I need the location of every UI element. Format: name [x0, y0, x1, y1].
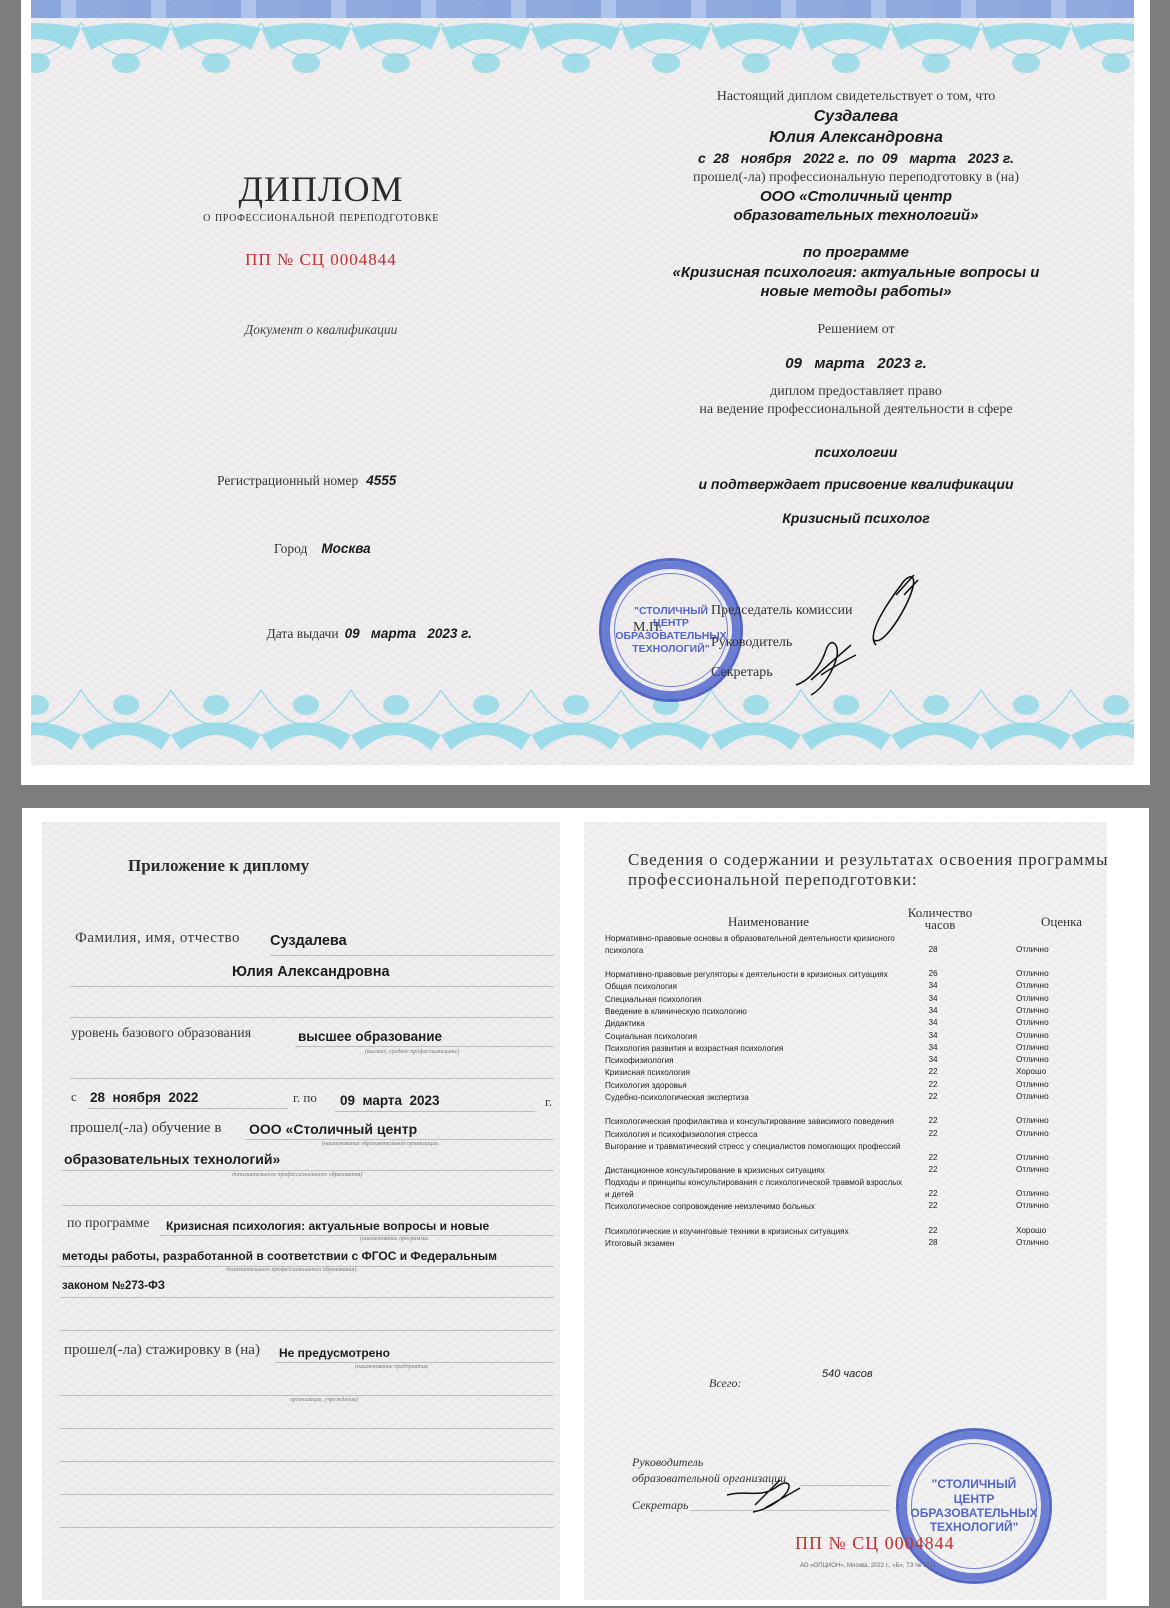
base-education-value: высшее образование	[298, 1029, 442, 1044]
issue-date-value: 09 марта 2023 г.	[345, 626, 472, 641]
appendix-organization-stamp: "СТОЛИЧНЫЙЦЕНТРОБРАЗОВАТЕЛЬНЫХТЕХНОЛОГИЙ…	[896, 1428, 1052, 1584]
document-kind: Документ о квалификации	[81, 322, 561, 338]
table-row: Психология и психофизиология стресса22От…	[605, 1129, 1075, 1141]
diploma-number: ПП № СЦ 0004844	[81, 250, 561, 270]
head-signature-icon	[791, 625, 871, 700]
table-row: Психологическая профилактика и консульти…	[605, 1116, 1075, 1128]
subject-name: Психологическое сопровождение неизлечимо…	[605, 1201, 905, 1213]
bottom-guilloche-border	[31, 680, 1134, 760]
subject-name: Дистанционное консультирование в кризисн…	[605, 1165, 905, 1177]
program-underline-3	[60, 1297, 554, 1298]
study-period: с 28 ноября 2022 г. по 09 марта 2023 г.	[646, 150, 1066, 166]
org-caption-2: дополнительного профессионального образо…	[232, 1172, 362, 1178]
subject-grade: Отлично	[1016, 1055, 1066, 1064]
internship-underline-2	[60, 1395, 554, 1396]
head-label: Руководитель	[711, 635, 792, 651]
subject-hours: 22	[923, 1080, 943, 1089]
results-secretary-label: Секретарь	[632, 1498, 688, 1513]
subject-hours: 22	[923, 1226, 943, 1235]
from-label: с	[71, 1089, 77, 1105]
subject-grade: Отлично	[1016, 1043, 1066, 1052]
program-line-1: «Кризисная психология: актуальные вопрос…	[646, 264, 1066, 281]
column-header-name: Наименование	[728, 914, 809, 930]
org-underline-2	[62, 1170, 554, 1171]
subject-hours: 22	[923, 1165, 943, 1174]
subject-grade: Отлично	[1016, 1031, 1066, 1040]
subject-name: Психологические и коучинговые техники в …	[605, 1226, 905, 1238]
program-caption-2: дополнительного профессионального образо…	[226, 1267, 356, 1273]
decision-label: Решением от	[646, 322, 1066, 338]
base-education-label: уровень базового образования	[71, 1026, 251, 1042]
subject-hours: 22	[923, 1189, 943, 1198]
appendix-program-line-2: методы работы, разработанной в соответст…	[62, 1249, 497, 1263]
subject-name: Психология развития и возрастная психоло…	[605, 1043, 905, 1055]
table-row: Судебно-психологическая экспертиза22Отли…	[605, 1092, 1075, 1104]
table-row: Психология развития и возрастная психоло…	[605, 1043, 1075, 1055]
subject-name: Введение в клиническую психологию	[605, 1006, 905, 1018]
city-field: ГородМосква	[274, 541, 371, 557]
subject-grade: Отлично	[1016, 1165, 1066, 1174]
blank-underline-8	[60, 1527, 554, 1528]
registration-number-value: 4555	[366, 473, 396, 488]
internship-label: прошел(-ла) стажировку в (на)	[64, 1342, 260, 1359]
subject-grade: Отлично	[1016, 969, 1066, 978]
subject-grade: Отлично	[1016, 994, 1066, 1003]
stamp-text-line: ЦЕНТР	[910, 1492, 1037, 1506]
program-label: по программе	[646, 244, 1066, 261]
base-education-caption: (высшее, среднее профессиональное)	[365, 1049, 459, 1055]
table-row: Дидактика34Отлично	[605, 1018, 1075, 1030]
from-underline	[88, 1108, 288, 1109]
subject-name: Выгорание и травматический стресс у спец…	[605, 1141, 905, 1153]
results-heading-line-2: профессиональной переподготовки:	[628, 870, 918, 890]
total-label: Всего:	[709, 1376, 742, 1391]
subject-grade: Отлично	[1016, 1018, 1066, 1027]
subject-hours: 22	[923, 1116, 943, 1125]
decision-date: 09 марта 2023 г.	[646, 355, 1066, 372]
table-row: Психофизиология34Отлично	[605, 1055, 1075, 1067]
program-label: по программе	[67, 1216, 149, 1232]
subject-name: Кризисная психология	[605, 1067, 905, 1079]
certifies-text: Настоящий диплом свидетельствует о том, …	[646, 89, 1066, 105]
registration-number-field: Регистрационный номер4555	[217, 473, 396, 489]
table-row: Общая психология34Отлично	[605, 981, 1075, 993]
internship-underline	[275, 1362, 554, 1363]
column-header-hours: Количество часов	[900, 907, 980, 931]
appendix-title: Приложение к диплому	[128, 856, 309, 876]
subject-hours: 34	[923, 994, 943, 1003]
subject-grade: Отлично	[1016, 1080, 1066, 1089]
table-row: Психологические и коучинговые техники в …	[605, 1226, 1075, 1238]
graduate-surname: Суздалева	[646, 108, 1066, 126]
studied-label: прошел(-ла) обучение в	[70, 1120, 221, 1137]
appendix-surname: Суздалева	[270, 933, 347, 949]
city-label: Город	[274, 541, 307, 556]
subject-hours: 22	[923, 1201, 943, 1210]
subject-name: Психология здоровья	[605, 1080, 905, 1092]
appendix-org-line-2: образовательных технологий»	[64, 1151, 280, 1167]
subject-hours: 34	[923, 1031, 943, 1040]
stamp-text-line: ОБРАЗОВАТЕЛЬНЫХ	[910, 1506, 1037, 1520]
subject-name: Дидактика	[605, 1018, 905, 1030]
subject-name: Судебно-психологическая экспертиза	[605, 1092, 905, 1104]
to-underline	[335, 1111, 535, 1112]
program-line-2: новые методы работы»	[646, 283, 1066, 300]
appendix-stamp-text: "СТОЛИЧНЫЙЦЕНТРОБРАЗОВАТЕЛЬНЫХТЕХНОЛОГИЙ…	[910, 1477, 1037, 1535]
subject-name: Нормативно-правовые основы в образовател…	[605, 933, 905, 957]
table-row: Психологическое сопровождение неизлечимо…	[605, 1201, 1075, 1213]
subject-grade: Хорошо	[1016, 1226, 1066, 1235]
subject-hours: 34	[923, 1018, 943, 1027]
issue-date-field: Дата выдачи09 марта 2023 г.	[253, 610, 472, 658]
table-row: Специальная психология34Отлично	[605, 994, 1075, 1006]
confirms-text: и подтверждает присвоение квалификации	[646, 476, 1066, 492]
registration-number-label: Регистрационный номер	[217, 473, 358, 488]
internship-caption-2: организации, учреждения)	[290, 1397, 358, 1403]
column-header-hours-line-2: часов	[900, 919, 980, 931]
subject-grade: Отлично	[1016, 1238, 1066, 1247]
internship-caption-1: (наименование предприятия,	[355, 1364, 429, 1370]
subject-grade: Отлично	[1016, 1189, 1066, 1198]
chairman-label: Председатель комиссии	[711, 603, 852, 619]
appendix-program-line-3: законом №273-ФЗ	[62, 1280, 165, 1292]
table-row: Психология здоровья22Отлично	[605, 1080, 1075, 1092]
org-underline-1	[245, 1139, 554, 1140]
subject-name: Специальная психология	[605, 994, 905, 1006]
subject-name: Общая психология	[605, 981, 905, 993]
grants-line-2: на ведение профессиональной деятельности…	[646, 402, 1066, 418]
org-caption-1: (наименование образовательной организаци…	[322, 1141, 438, 1147]
subject-grade: Отлично	[1016, 1201, 1066, 1210]
subject-hours: 22	[923, 1129, 943, 1138]
city-value: Москва	[321, 541, 370, 556]
blank-underline-5	[60, 1428, 554, 1429]
subject-grade: Хорошо	[1016, 1067, 1066, 1076]
blank-underline-6	[60, 1461, 554, 1462]
subject-grade: Отлично	[1016, 945, 1066, 954]
blank-underline-7	[60, 1494, 554, 1495]
base-education-underline	[295, 1046, 554, 1047]
subject-hours: 34	[923, 1043, 943, 1052]
issue-date-label: Дата выдачи	[267, 626, 339, 641]
subject-name: Психофизиология	[605, 1055, 905, 1067]
secretary-signature-icon	[725, 1470, 815, 1515]
graduate-given-names: Юлия Александровна	[646, 129, 1066, 147]
qualification: Кризисный психолог	[646, 510, 1066, 526]
subject-name: Социальная психология	[605, 1031, 905, 1043]
secretary-label: Секретарь	[711, 665, 773, 681]
program-underline-1	[160, 1235, 554, 1236]
stamp-text-line: "СТОЛИЧНЫЙ	[615, 605, 726, 618]
stamp-text-line: ТЕХНОЛОГИЙ"	[615, 643, 726, 656]
results-heading-line-1: Сведения о содержании и результатах осво…	[628, 850, 1108, 870]
subject-hours: 28	[923, 945, 943, 954]
appendix-given-names: Юлия Александровна	[232, 964, 390, 980]
subject-name: Психология и психофизиология стресса	[605, 1129, 905, 1141]
blank-underline-3	[62, 1205, 554, 1206]
blank-underline-2	[70, 1078, 554, 1079]
to-label: г. по	[293, 1090, 317, 1106]
head-label-line-1: Руководитель	[632, 1455, 703, 1470]
appendix-program-line-1: Кризисная психология: актуальные вопросы…	[166, 1219, 489, 1233]
program-caption-1: (наименование программы	[360, 1236, 428, 1242]
table-row: Выгорание и травматический стресс у спец…	[605, 1141, 1075, 1165]
subject-name: Нормативно-правовые регуляторы к деятель…	[605, 969, 905, 981]
table-row: Социальная психология34Отлично	[605, 1031, 1075, 1043]
subject-hours: 34	[923, 1055, 943, 1064]
subject-grade: Отлично	[1016, 1116, 1066, 1125]
organization-line-2: образовательных технологий»	[646, 207, 1066, 224]
subject-hours: 34	[923, 981, 943, 990]
table-row: Введение в клиническую психологию34Отлич…	[605, 1006, 1075, 1018]
subject-hours: 34	[923, 1006, 943, 1015]
subject-grade: Отлично	[1016, 1092, 1066, 1101]
diploma-subtitle: о профессиональной переподготовке	[81, 210, 561, 226]
fio-underline	[270, 955, 554, 956]
printer-note: АО «ОПЦИОН», Москва, 2022 г., «Б», ТЗ № …	[800, 1563, 936, 1569]
grants-line-1: диплом предоставляет право	[646, 384, 1066, 400]
subject-grade: Отлично	[1016, 1006, 1066, 1015]
given-names-underline	[70, 986, 554, 987]
fio-label: Фамилия, имя, отчество	[75, 930, 240, 947]
top-ornament-band	[31, 0, 1134, 18]
table-row: Итоговый экзамен28Отлично	[605, 1238, 1075, 1250]
table-row: Нормативно-правовые регуляторы к деятель…	[605, 969, 1075, 981]
subject-hours: 22	[923, 1092, 943, 1101]
completed-text: прошел(-ла) профессиональную переподгото…	[646, 170, 1066, 186]
blank-underline-4	[60, 1330, 554, 1331]
subject-name: Итоговый экзамен	[605, 1238, 905, 1250]
organization-line-1: ООО «Столичный центр	[646, 188, 1066, 205]
chairman-signature-icon	[866, 565, 926, 655]
subject-hours: 28	[923, 1238, 943, 1247]
stamp-text-line: "СТОЛИЧНЫЙ	[910, 1477, 1037, 1491]
table-row: Дистанционное консультирование в кризисн…	[605, 1165, 1075, 1177]
subject-grade: Отлично	[1016, 1129, 1066, 1138]
table-row: Подходы и принципы консультирования с пс…	[605, 1177, 1075, 1201]
subject-grade: Отлично	[1016, 981, 1066, 990]
diploma-sheet: ДИПЛОМ о профессиональной переподготовке…	[21, 0, 1150, 785]
subject-grade: Отлично	[1016, 1153, 1066, 1162]
appendix-org-line-1: ООО «Столичный центр	[249, 1121, 417, 1137]
blank-underline	[70, 1017, 554, 1018]
year-suffix: г.	[545, 1094, 552, 1110]
from-date: 28 ноября 2022	[90, 1090, 198, 1105]
to-date: 09 марта 2023	[340, 1093, 440, 1108]
subject-hours: 22	[923, 1067, 943, 1076]
total-hours: 540 часов	[822, 1368, 873, 1380]
subject-hours: 26	[923, 969, 943, 978]
diploma-title: ДИПЛОМ	[81, 168, 561, 210]
table-row: Нормативно-правовые основы в образовател…	[605, 933, 1075, 957]
internship-value: Не предусмотрено	[279, 1346, 390, 1360]
subject-name: Психологическая профилактика и консульти…	[605, 1116, 905, 1128]
stamp-mark: М.П.	[633, 620, 663, 636]
top-guilloche-border	[31, 18, 1134, 88]
appendix-diploma-number: ПП № СЦ 0004844	[795, 1533, 955, 1554]
table-row: Кризисная психология22Хорошо	[605, 1067, 1075, 1079]
column-header-grade: Оценка	[1041, 914, 1082, 930]
professional-field: психологии	[646, 444, 1066, 460]
subject-hours: 22	[923, 1153, 943, 1162]
subject-name: Подходы и принципы консультирования с пс…	[605, 1177, 905, 1201]
